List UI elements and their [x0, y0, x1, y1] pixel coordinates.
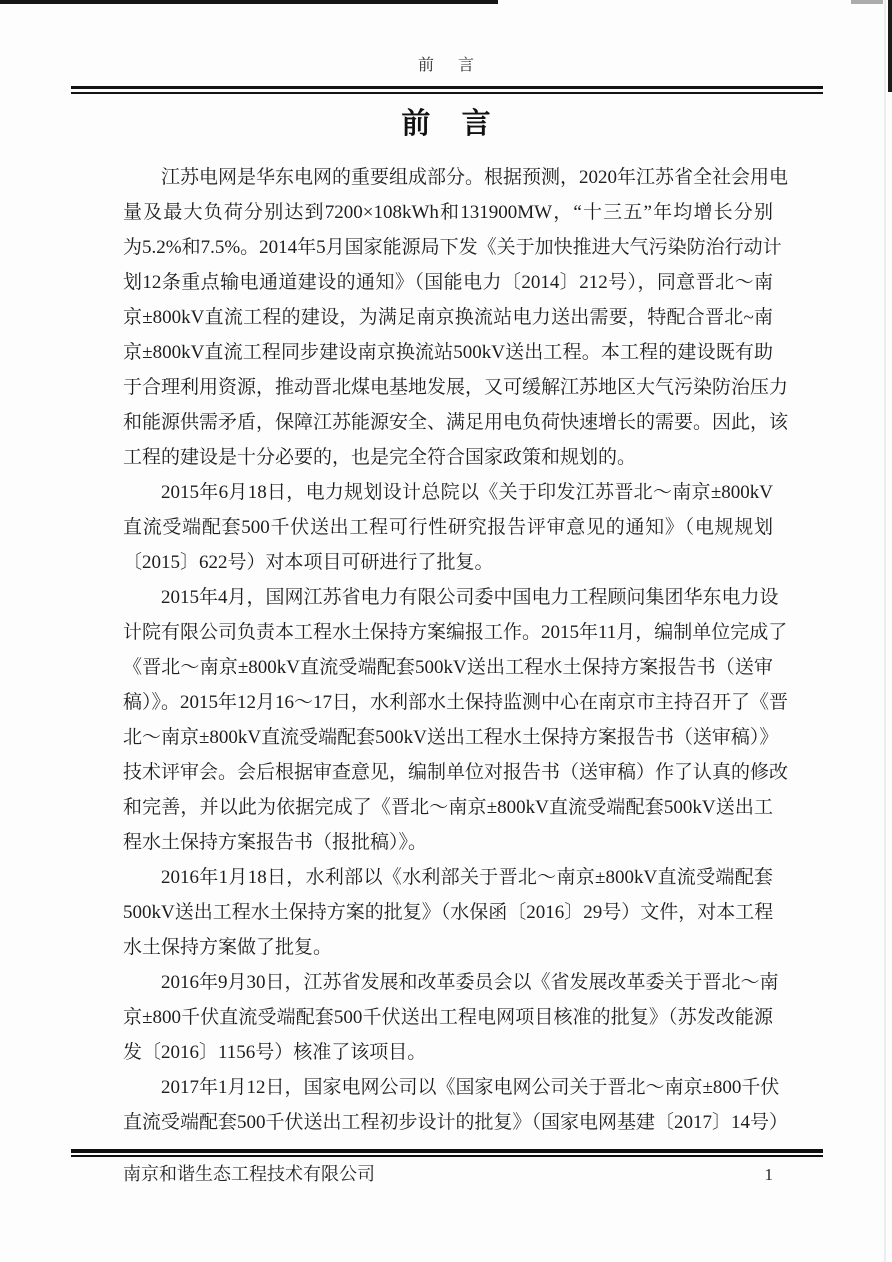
paragraph: 江苏电网是华东电网的重要组成部分。根据预测，2020年江苏省全社会用电量及最大负… [123, 160, 773, 475]
paragraph-line: 北～南京±800kV直流受端配套500kV送出工程水土保持方案报告书（送审稿）》 [123, 720, 773, 755]
paragraph-line: 于合理利用资源，推动晋北煤电基地发展，又可缓解江苏地区大气污染防治压力 [123, 370, 773, 405]
paragraph-line: 直流受端配套500千伏送出工程可行性研究报告评审意见的通知》（电规规划 [123, 510, 773, 545]
paragraph-line: 江苏电网是华东电网的重要组成部分。根据预测，2020年江苏省全社会用电 [123, 160, 773, 195]
paragraph-line: 发〔2016〕1156号）核准了该项目。 [123, 1035, 773, 1070]
paragraph-line: 稿）》。2015年12月16～17日，水利部水土保持监测中心在南京市主持召开了《… [123, 685, 773, 720]
paragraph-line: 工程的建设是十分必要的，也是完全符合国家政策和规划的。 [123, 440, 773, 475]
paragraph: 2015年6月18日，电力规划设计总院以《关于印发江苏晋北～南京±800kV直流… [123, 475, 773, 580]
paragraph-line: 500kV送出工程水土保持方案的批复》（水保函〔2016〕29号）文件，对本工程 [123, 895, 773, 930]
paragraph-line: 为5.2%和7.5%。2014年5月国家能源局下发《关于加快推进大气污染防治行动… [123, 230, 773, 265]
footer-double-rule [71, 1149, 823, 1157]
paragraph-line: 和能源供需矛盾，保障江苏能源安全、满足用电负荷快速增长的需要。因此，该 [123, 405, 773, 440]
paragraph: 2016年1月18日，水利部以《水利部关于晋北～南京±800kV直流受端配套50… [123, 860, 773, 965]
page-title: 前 言 [0, 101, 892, 142]
scan-artifact-right-edge [888, 0, 892, 92]
paragraph: 2017年1月12日，国家电网公司以《国家电网公司关于晋北～南京±800千伏直流… [123, 1070, 773, 1140]
paragraph-line: 2015年4月，国网江苏省电力有限公司委中国电力工程顾问集团华东电力设 [123, 580, 773, 615]
paragraph-line: 技术评审会。会后根据审查意见，编制单位对报告书（送审稿）作了认真的修改 [123, 755, 773, 790]
paragraph-line: 京±800kV直流工程的建设，为满足南京换流站电力送出需要，特配合晋北~南 [123, 300, 773, 335]
running-header-title: 前 言 [0, 52, 892, 75]
scan-artifact-page-edge-line [884, 0, 886, 1262]
paragraph-line: 程水土保持方案报告书（报批稿）》。 [123, 825, 773, 860]
paragraph-line: 2016年9月30日，江苏省发展和改革委员会以《省发展改革委关于晋北～南 [123, 965, 773, 1000]
paragraph: 2015年4月，国网江苏省电力有限公司委中国电力工程顾问集团华东电力设计院有限公… [123, 580, 773, 860]
paragraph-line: 《晋北～南京±800kV直流受端配套500kV送出工程水土保持方案报告书（送审 [123, 650, 773, 685]
footer-page-number: 1 [765, 1165, 774, 1185]
header-double-rule [71, 86, 823, 94]
body-paragraphs: 江苏电网是华东电网的重要组成部分。根据预测，2020年江苏省全社会用电量及最大负… [123, 160, 773, 1140]
paragraph-line: 京±800千伏直流受端配套500千伏送出工程电网项目核准的批复》（苏发改能源 [123, 1000, 773, 1035]
paragraph-line: 2015年6月18日，电力规划设计总院以《关于印发江苏晋北～南京±800kV [123, 475, 773, 510]
scan-artifact-top-bar [0, 0, 498, 4]
document-page: 前 言 前 言 江苏电网是华东电网的重要组成部分。根据预测，2020年江苏省全社… [0, 0, 892, 1262]
paragraph-line: 划12条重点输电通道建设的通知》（国能电力〔2014〕212号），同意晋北～南 [123, 265, 773, 300]
paragraph-line: 2017年1月12日，国家电网公司以《国家电网公司关于晋北～南京±800千伏 [123, 1070, 773, 1105]
paragraph-line: 和完善，并以此为依据完成了《晋北～南京±800kV直流受端配套500kV送出工 [123, 790, 773, 825]
page-footer: 南京和谐生态工程技术有限公司 1 [123, 1160, 773, 1186]
paragraph-line: 〔2015〕622号）对本项目可研进行了批复。 [123, 545, 773, 580]
paragraph-line: 水土保持方案做了批复。 [123, 930, 773, 965]
scan-artifact-top-right [851, 0, 883, 4]
paragraph-line: 量及最大负荷分别达到7200×108kWh和131900MW，“十三五”年均增长… [123, 195, 773, 230]
paragraph-line: 京±800kV直流工程同步建设南京换流站500kV送出工程。本工程的建设既有助 [123, 335, 773, 370]
paragraph-line: 2016年1月18日，水利部以《水利部关于晋北～南京±800kV直流受端配套 [123, 860, 773, 895]
paragraph: 2016年9月30日，江苏省发展和改革委员会以《省发展改革委关于晋北～南京±80… [123, 965, 773, 1070]
paragraph-line: 直流受端配套500千伏送出工程初步设计的批复》（国家电网基建〔2017〕14号） [123, 1105, 773, 1140]
footer-company-name: 南京和谐生态工程技术有限公司 [123, 1160, 375, 1186]
paragraph-line: 计院有限公司负责本工程水土保持方案编报工作。2015年11月，编制单位完成了 [123, 615, 773, 650]
